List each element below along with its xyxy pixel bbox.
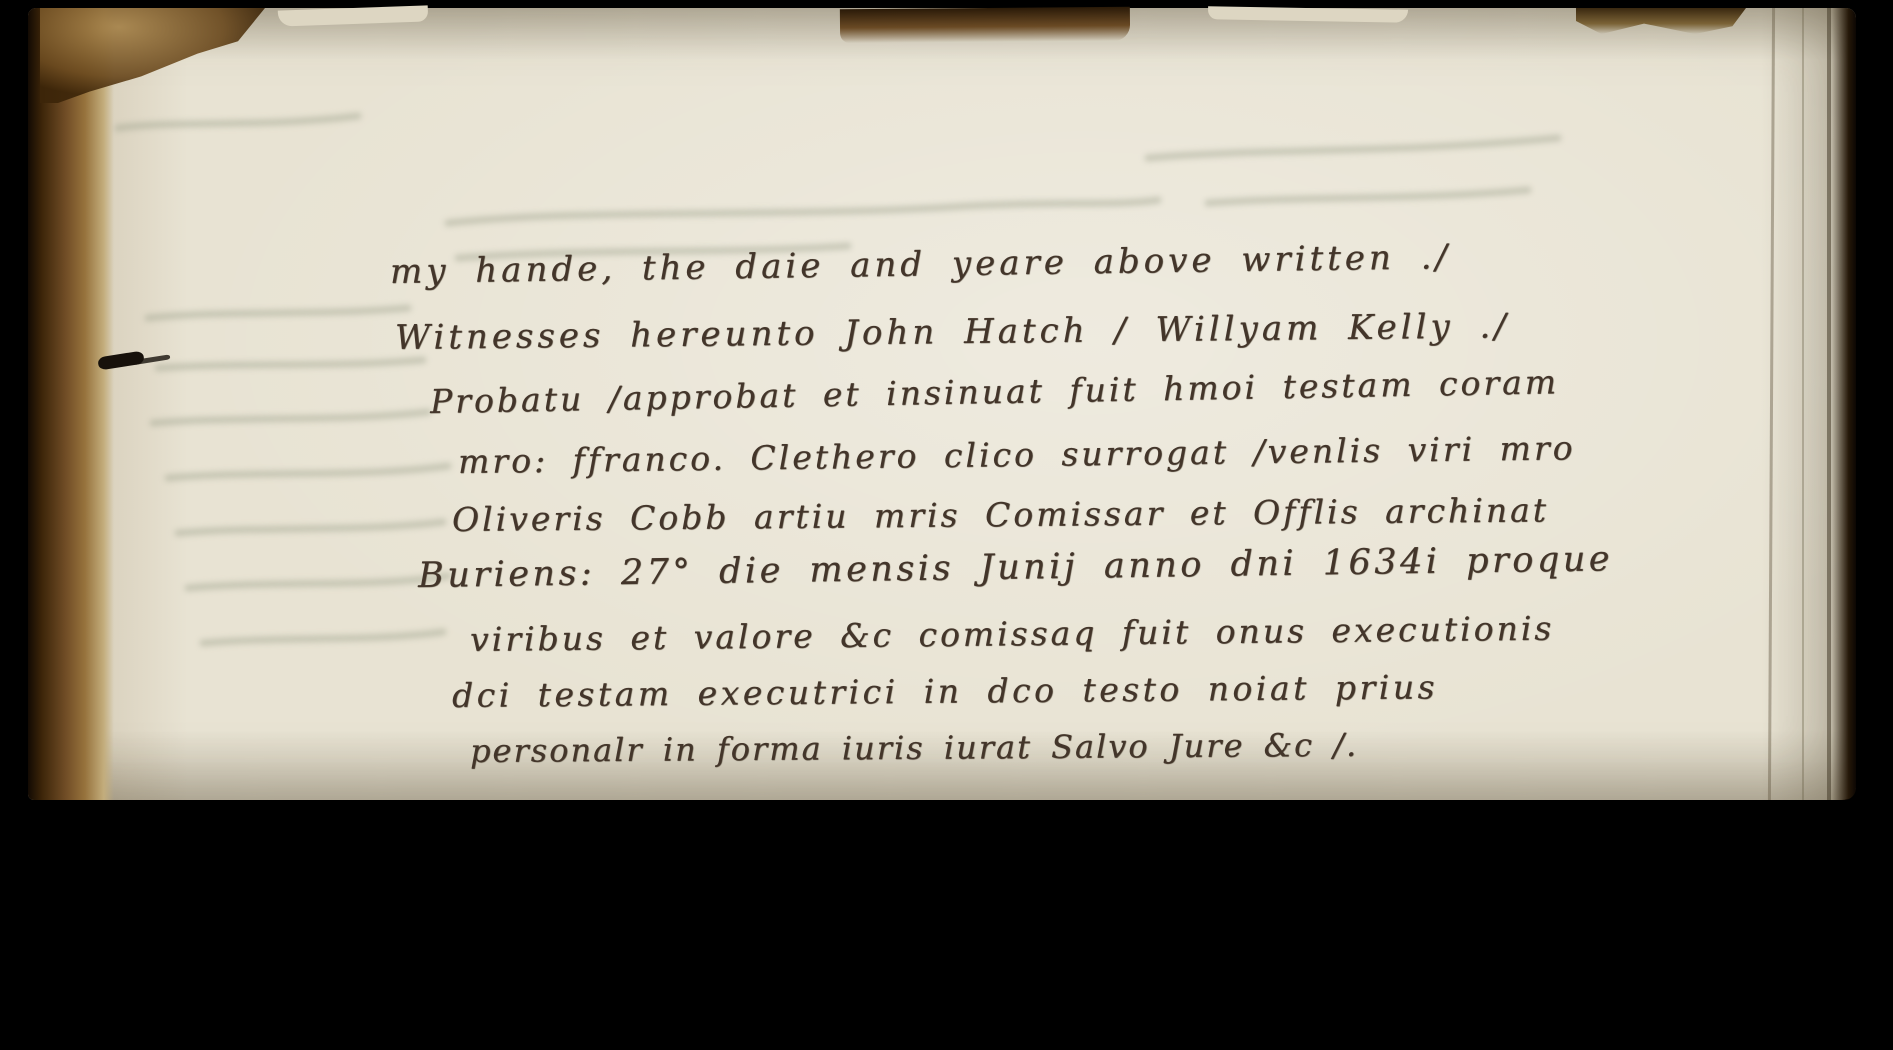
handwritten-text-block: my hande, the daie and yeare above writt… — [28, 8, 1856, 800]
page-edge-line — [1827, 8, 1831, 800]
manuscript-photo: my hande, the daie and yeare above writt… — [0, 0, 1893, 1050]
manuscript-line: viribus et valore &c comissaq fuit onus … — [470, 609, 1555, 659]
manuscript-line: mro: ffranco. Clethero clico surrogat /v… — [458, 428, 1576, 481]
manuscript-line: Probatu /approbat et insinuat fuit hmoi … — [430, 362, 1560, 421]
manuscript-line: Buriens: 27° die mensis Junij anno dni 1… — [418, 539, 1614, 596]
page-right-gutter-shadow — [1832, 8, 1856, 800]
manuscript-line: personalr in forma iuris iurat Salvo Jur… — [470, 726, 1358, 770]
manuscript-line: dci testam executrici in dco testo noiat… — [452, 667, 1438, 715]
manuscript-line: Oliveris Cobb artiu mris Comissar et Off… — [452, 490, 1549, 539]
page-crease-line — [1802, 8, 1804, 800]
book-page: my hande, the daie and yeare above writt… — [28, 8, 1856, 800]
manuscript-line: my hande, the daie and yeare above writt… — [390, 237, 1451, 292]
manuscript-line: Witnesses hereunto John Hatch / Willyam … — [395, 306, 1510, 358]
